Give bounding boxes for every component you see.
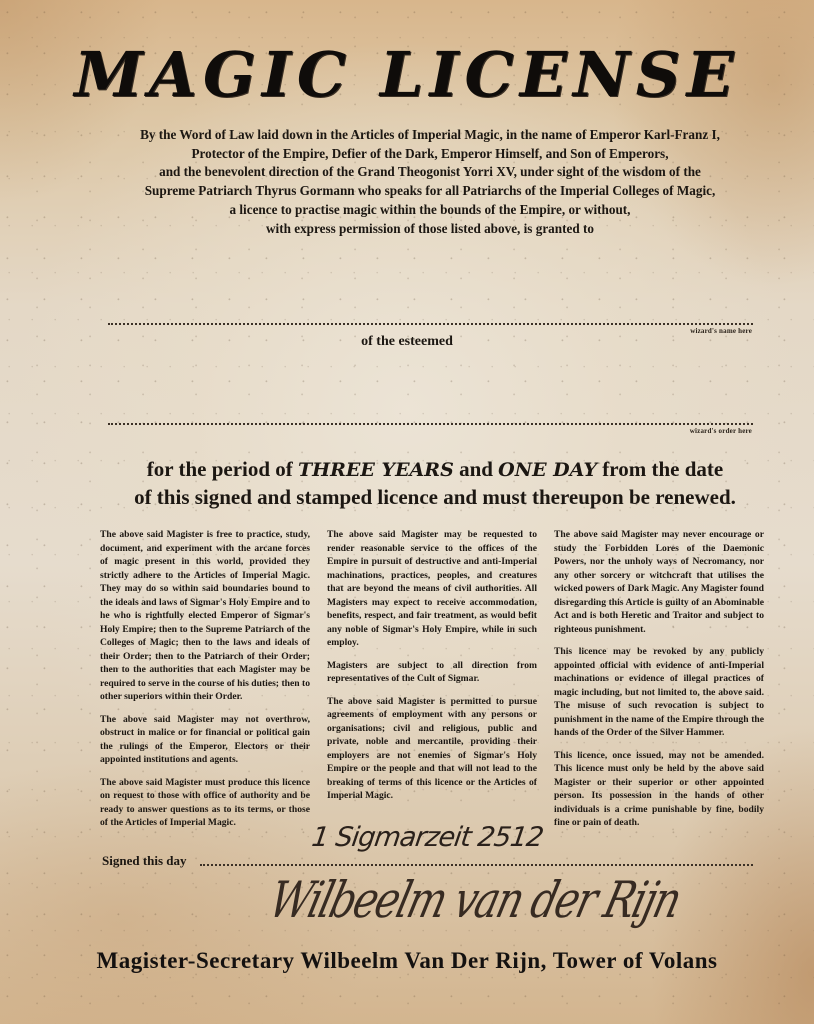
preamble-line: a licence to practise magic within the b… [90, 201, 770, 220]
article-paragraph: The above said Magister must produce thi… [100, 776, 310, 830]
period-joiner: and [459, 457, 493, 481]
period-suffix: from the date [602, 457, 723, 481]
wizard-order-hint: wizard's order here [690, 427, 752, 435]
articles-column-1: The above said Magister is free to pract… [100, 528, 310, 839]
preamble-line: with express permission of those listed … [90, 220, 770, 239]
period-days: ONE DAY [498, 459, 597, 481]
signed-day-label: Signed this day [102, 853, 187, 869]
wizard-order-field[interactable] [108, 409, 753, 425]
article-paragraph: This licence, once issued, may not be am… [554, 749, 764, 830]
article-paragraph: This licence may be revoked by any publi… [554, 645, 764, 740]
article-paragraph: The above said Magister is permitted to … [327, 695, 537, 803]
preamble: By the Word of Law laid down in the Arti… [90, 126, 770, 238]
preamble-line: Supreme Patriarch Thyrus Gormann who spe… [90, 182, 770, 201]
secretary-title: Magister-Secretary Wilbeelm Van Der Rijn… [0, 948, 814, 974]
article-paragraph: Magisters are subject to all direction f… [327, 659, 537, 686]
licence-period: for the period of THREE YEARS and ONE DA… [95, 456, 775, 511]
wizard-name-field[interactable] [108, 309, 753, 325]
article-paragraph: The above said Magister may never encour… [554, 528, 764, 636]
article-paragraph: The above said Magister is free to pract… [100, 528, 310, 704]
handwritten-signature: Wilbeelm van der Rijn [264, 872, 686, 930]
article-paragraph: The above said Magister may be requested… [327, 528, 537, 650]
articles-column-3: The above said Magister may never encour… [554, 528, 764, 839]
preamble-line: and the benevolent direction of the Gran… [90, 163, 770, 182]
esteemed-label: of the esteemed [0, 334, 814, 350]
articles-columns: The above said Magister is free to pract… [100, 528, 765, 839]
handwritten-date: 1 Sigmarzeit 2512 [310, 822, 545, 853]
period-line2: of this signed and stamped licence and m… [134, 485, 736, 509]
preamble-line: By the Word of Law laid down in the Arti… [90, 126, 770, 145]
articles-column-2: The above said Magister may be requested… [327, 528, 537, 839]
period-years: THREE YEARS [298, 459, 454, 481]
preamble-line: Protector of the Empire, Defier of the D… [90, 145, 770, 164]
period-prefix: for the period of [147, 457, 293, 481]
article-paragraph: The above said Magister may not overthro… [100, 713, 310, 767]
document-title: MAGIC LICENSE [0, 38, 814, 111]
